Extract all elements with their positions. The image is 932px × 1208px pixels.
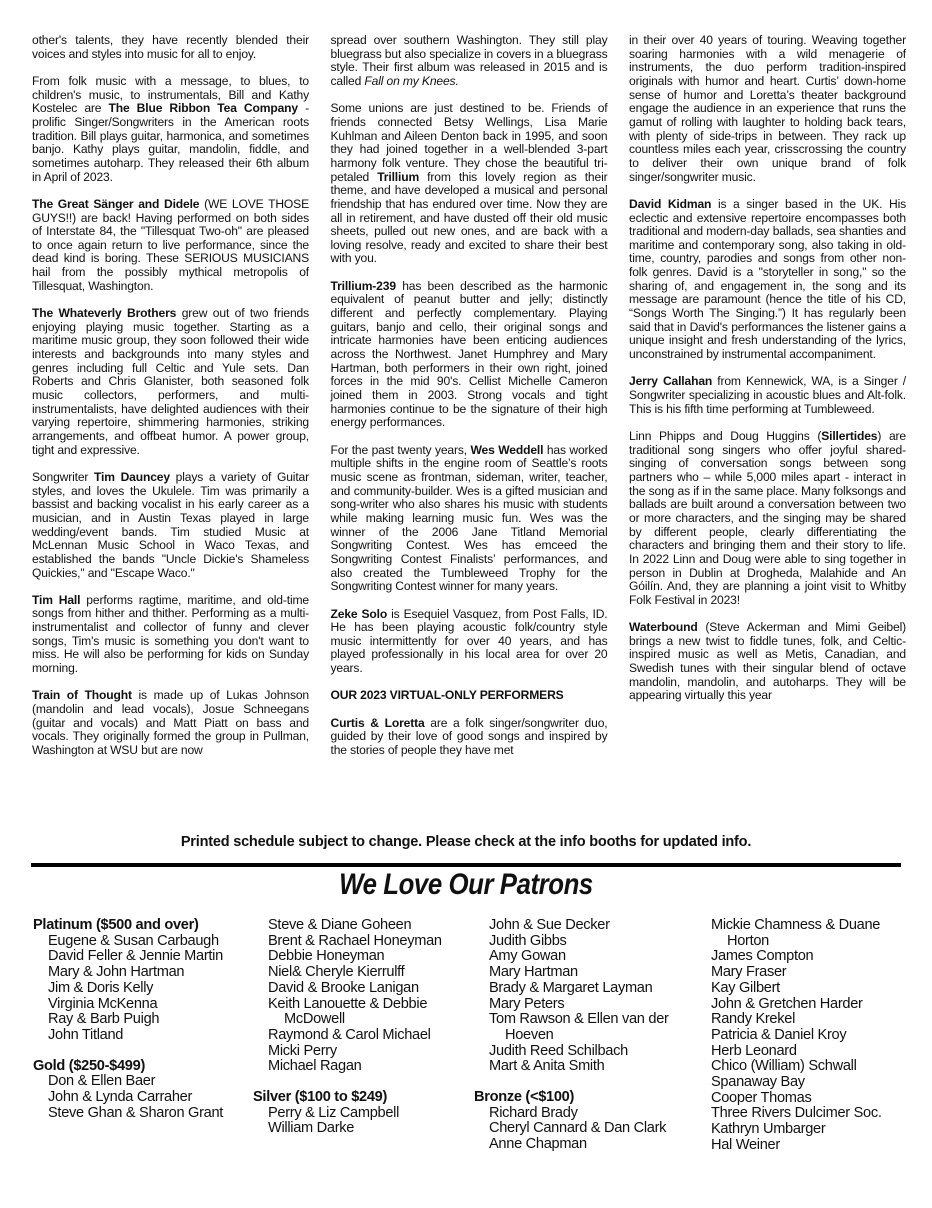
section-heading-virtual-performers: OUR 2023 VIRTUAL-ONLY PERFORMERS <box>331 689 608 703</box>
patron-name: Mart & Anita Smith <box>489 1059 669 1075</box>
patron-name: Mary & John Hartman <box>33 965 223 981</box>
patron-name: Raymond & Carol Michael <box>268 1028 442 1044</box>
album-title: Fall on my Knees. <box>364 74 458 88</box>
bio-train-of-thought-continued: spread over southern Washington. They st… <box>331 34 608 89</box>
patron-name-continued: Hoeven <box>489 1028 669 1044</box>
column-middle: spread over southern Washington. They st… <box>331 34 608 824</box>
patron-name: John Titland <box>33 1028 223 1044</box>
bio-trillium: Some unions are just destined to be. Fri… <box>331 102 608 266</box>
patron-name: Virginia McKenna <box>33 997 223 1013</box>
patron-name: Hal Weiner <box>711 1138 882 1154</box>
patron-name: Keith Lanouette & Debbie <box>268 997 442 1013</box>
performer-name: Tim Hall <box>32 593 80 607</box>
performer-name: Trillium-239 <box>331 279 396 293</box>
patron-name: Ray & Barb Puigh <box>33 1012 223 1028</box>
patron-name: Randy Krekel <box>711 1012 882 1028</box>
performer-name: Train of Thought <box>32 688 132 702</box>
column-left: other's talents, they have recently blen… <box>32 34 309 824</box>
patron-name: Three Rivers Dulcimer Soc. <box>711 1106 882 1122</box>
bio-zeke-solo: Zeke Solo is Esequiel Vasquez, from Post… <box>331 608 608 676</box>
patron-name: Herb Leonard <box>711 1044 882 1060</box>
patron-name: Brent & Rachael Honeyman <box>268 934 442 950</box>
spacer <box>33 1044 223 1059</box>
bio-trillium-239: Trillium-239 has been described as the h… <box>331 280 608 430</box>
patron-name: Cheryl Cannard & Dan Clark <box>489 1121 669 1137</box>
patron-name: William Darke <box>268 1121 442 1137</box>
bio-sillertides: Linn Phipps and Doug Huggins (Sillertide… <box>629 430 906 608</box>
performer-name: Curtis & Loretta <box>331 716 425 730</box>
patron-name: Niel& Cheryle Kierrulff <box>268 965 442 981</box>
performer-name: Waterbound <box>629 620 698 634</box>
tier-label-gold: Gold ($250-$499) <box>33 1059 223 1075</box>
bio-wes-weddell: For the past twenty years, Wes Weddell h… <box>331 444 608 594</box>
patron-name: Richard Brady <box>489 1106 669 1122</box>
performer-name: The Blue Ribbon Tea Company <box>108 101 297 115</box>
spacer <box>268 1075 442 1090</box>
patron-name: Chico (William) Schwall <box>711 1059 882 1075</box>
patron-name: Don & Ellen Baer <box>33 1074 223 1090</box>
performer-name: David Kidman <box>629 197 711 211</box>
patron-name: Steve & Diane Goheen <box>268 918 442 934</box>
patron-name: Debbie Honeyman <box>268 949 442 965</box>
performer-name: Trillium <box>377 170 419 184</box>
schedule-notice: Printed schedule subject to change. Plea… <box>0 834 932 850</box>
bio-great-sanger-and-didele: The Great Sänger and Didele (WE LOVE THO… <box>32 198 309 294</box>
patron-name: Spanaway Bay <box>711 1075 882 1091</box>
divider-rule <box>31 863 901 867</box>
performer-name: Wes Weddell <box>471 443 544 457</box>
patron-name: Jim & Doris Kelly <box>33 981 223 997</box>
patrons-column-3: John & Sue Decker Judith Gibbs Amy Gowan… <box>489 918 669 1153</box>
patrons-title: We Love Our Patrons <box>65 868 867 902</box>
bio-curtis-and-loretta-continued: in their over 40 years of touring. Weavi… <box>629 34 906 184</box>
patron-name-continued: Horton <box>711 934 882 950</box>
patron-name: Patricia & Daniel Kroy <box>711 1028 882 1044</box>
patron-name: John & Lynda Carraher <box>33 1090 223 1106</box>
spacer <box>489 1075 669 1090</box>
bio-jerry-callahan: Jerry Callahan from Kennewick, WA, is a … <box>629 375 906 416</box>
patron-name: Cooper Thomas <box>711 1091 882 1107</box>
performer-name: Sillertides <box>821 429 877 443</box>
performer-name: The Great Sänger and Didele <box>32 197 199 211</box>
bio-tim-hall: Tim Hall performs ragtime, maritime, and… <box>32 594 309 676</box>
patrons-list: Platinum ($500 and over) Eugene & Susan … <box>33 918 903 1138</box>
bio-waterbound: Waterbound (Steve Ackerman and Mimi Geib… <box>629 621 906 703</box>
bio-train-of-thought: Train of Thought is made up of Lukas Joh… <box>32 689 309 757</box>
patron-name-continued: McDowell <box>268 1012 442 1028</box>
patron-name: Michael Ragan <box>268 1059 442 1075</box>
patrons-column-4: Mickie Chamness & Duane Horton James Com… <box>711 918 882 1154</box>
patron-name: Brady & Margaret Layman <box>489 981 669 997</box>
patron-name: Mickie Chamness & Duane <box>711 918 882 934</box>
tier-label-silver: Silver ($100 to $249) <box>253 1090 442 1106</box>
bio-blue-ribbon-tea-company: From folk music with a message, to blues… <box>32 75 309 184</box>
tier-label-platinum: Platinum ($500 and over) <box>33 918 223 934</box>
patron-name: John & Sue Decker <box>489 918 669 934</box>
performer-name: Jerry Callahan <box>629 374 712 388</box>
bio-whateverly-brothers: The Whateverly Brothers grew out of two … <box>32 307 309 457</box>
patron-name: Micki Perry <box>268 1044 442 1060</box>
patron-name: James Compton <box>711 949 882 965</box>
bio-curtis-and-loretta: Curtis & Loretta are a folk singer/songw… <box>331 717 608 758</box>
patron-name: Judith Gibbs <box>489 934 669 950</box>
patron-name: John & Gretchen Harder <box>711 997 882 1013</box>
patron-name: Amy Gowan <box>489 949 669 965</box>
patron-name: Mary Peters <box>489 997 669 1013</box>
bio-david-kidman: David Kidman is a singer based in the UK… <box>629 198 906 362</box>
performer-name: Zeke Solo <box>331 607 388 621</box>
column-right: in their over 40 years of touring. Weavi… <box>629 34 906 824</box>
patron-name: Mary Hartman <box>489 965 669 981</box>
performer-name: Tim Dauncey <box>94 470 170 484</box>
patron-name: Steve Ghan & Sharon Grant <box>33 1106 223 1122</box>
patron-name: Kathryn Umbarger <box>711 1122 882 1138</box>
patron-name: Kay Gilbert <box>711 981 882 997</box>
tier-label-bronze: Bronze (<$100) <box>474 1090 669 1106</box>
bio-continued: other's talents, they have recently blen… <box>32 34 309 61</box>
bio-tim-dauncey: Songwriter Tim Dauncey plays a variety o… <box>32 471 309 580</box>
patron-name: Perry & Liz Campbell <box>268 1106 442 1122</box>
performer-bios: other's talents, they have recently blen… <box>32 34 906 824</box>
performer-name: The Whateverly Brothers <box>32 306 176 320</box>
patrons-column-2: Steve & Diane Goheen Brent & Rachael Hon… <box>268 918 442 1137</box>
patrons-column-1: Platinum ($500 and over) Eugene & Susan … <box>33 918 223 1121</box>
patron-name: Tom Rawson & Ellen van der <box>489 1012 669 1028</box>
patron-name: David Feller & Jennie Martin <box>33 949 223 965</box>
patron-name: David & Brooke Lanigan <box>268 981 442 997</box>
patron-name: Anne Chapman <box>489 1137 669 1153</box>
patron-name: Judith Reed Schilbach <box>489 1044 669 1060</box>
patron-name: Mary Fraser <box>711 965 882 981</box>
patron-name: Eugene & Susan Carbaugh <box>33 934 223 950</box>
